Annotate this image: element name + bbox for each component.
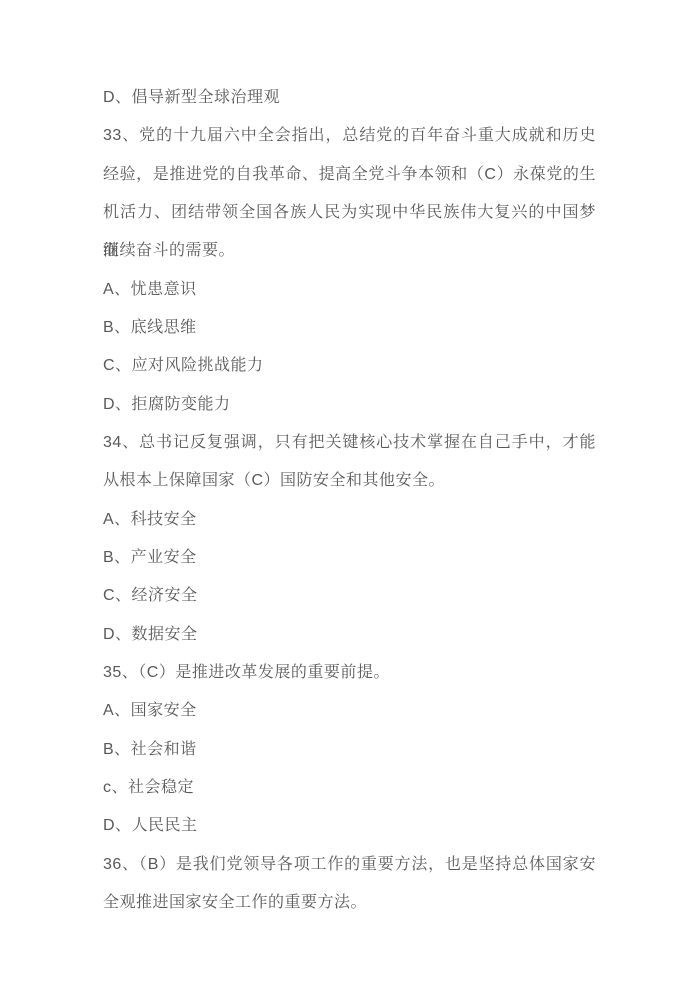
question-34-option-b: B、产业安全 xyxy=(103,539,596,577)
question-33-option-c: C、应对风险挑战能力 xyxy=(103,347,596,385)
prev-question-option-d: D、倡导新型全球治理观 xyxy=(103,79,596,117)
question-33-stem-line: 33、党的十九届六中全会指出，总结党的百年奋斗重大成就和历史 xyxy=(103,117,596,155)
question-34: 34、总书记反复强调，只有把关键核心技术掌握在自己手中，才能 从根本上保障国家（… xyxy=(103,424,596,654)
question-35-option-c: c、社会稳定 xyxy=(103,769,596,807)
document-page: D、倡导新型全球治理观 33、党的十九届六中全会指出，总结党的百年奋斗重大成就和… xyxy=(0,0,700,990)
question-35-option-b: B、社会和谐 xyxy=(103,731,596,769)
question-33-option-d: D、拒腐防变能力 xyxy=(103,386,596,424)
question-33-stem-line: 机活力、团结带领全国各族人民为实现中华民族伟大复兴的中国梦而 xyxy=(103,194,596,232)
question-33-option-b: B、底线思维 xyxy=(103,309,596,347)
question-36-stem-line: 36、（B）是我们党领导各项工作的重要方法，也是坚持总体国家安 xyxy=(103,846,596,884)
question-34-stem-line: 从根本上保障国家（C）国防安全和其他安全。 xyxy=(103,462,596,500)
question-34-option-a: A、科技安全 xyxy=(103,501,596,539)
question-35-option-a: A、国家安全 xyxy=(103,692,596,730)
question-34-option-c: C、经济安全 xyxy=(103,577,596,615)
question-35-option-d: D、人民民主 xyxy=(103,807,596,845)
question-33-stem-line: 经验，是推进党的自我革命、提高全党斗争本领和（C）永葆党的生 xyxy=(103,156,596,194)
question-33-stem-line: 继续奋斗的需要。 xyxy=(103,232,596,270)
question-35: 35、（C）是推进改革发展的重要前提。 A、国家安全 B、社会和谐 c、社会稳定… xyxy=(103,654,596,846)
question-35-stem-line: 35、（C）是推进改革发展的重要前提。 xyxy=(103,654,596,692)
quiz-text-block: D、倡导新型全球治理观 33、党的十九届六中全会指出，总结党的百年奋斗重大成就和… xyxy=(103,79,596,922)
question-33: 33、党的十九届六中全会指出，总结党的百年奋斗重大成就和历史 经验，是推进党的自… xyxy=(103,117,596,424)
question-34-option-d: D、数据安全 xyxy=(103,616,596,654)
question-36-stem-line: 全观推进国家安全工作的重要方法。 xyxy=(103,884,596,922)
question-33-option-a: A、忧患意识 xyxy=(103,271,596,309)
question-36: 36、（B）是我们党领导各项工作的重要方法，也是坚持总体国家安 全观推进国家安全… xyxy=(103,846,596,923)
question-34-stem-line: 34、总书记反复强调，只有把关键核心技术掌握在自己手中，才能 xyxy=(103,424,596,462)
